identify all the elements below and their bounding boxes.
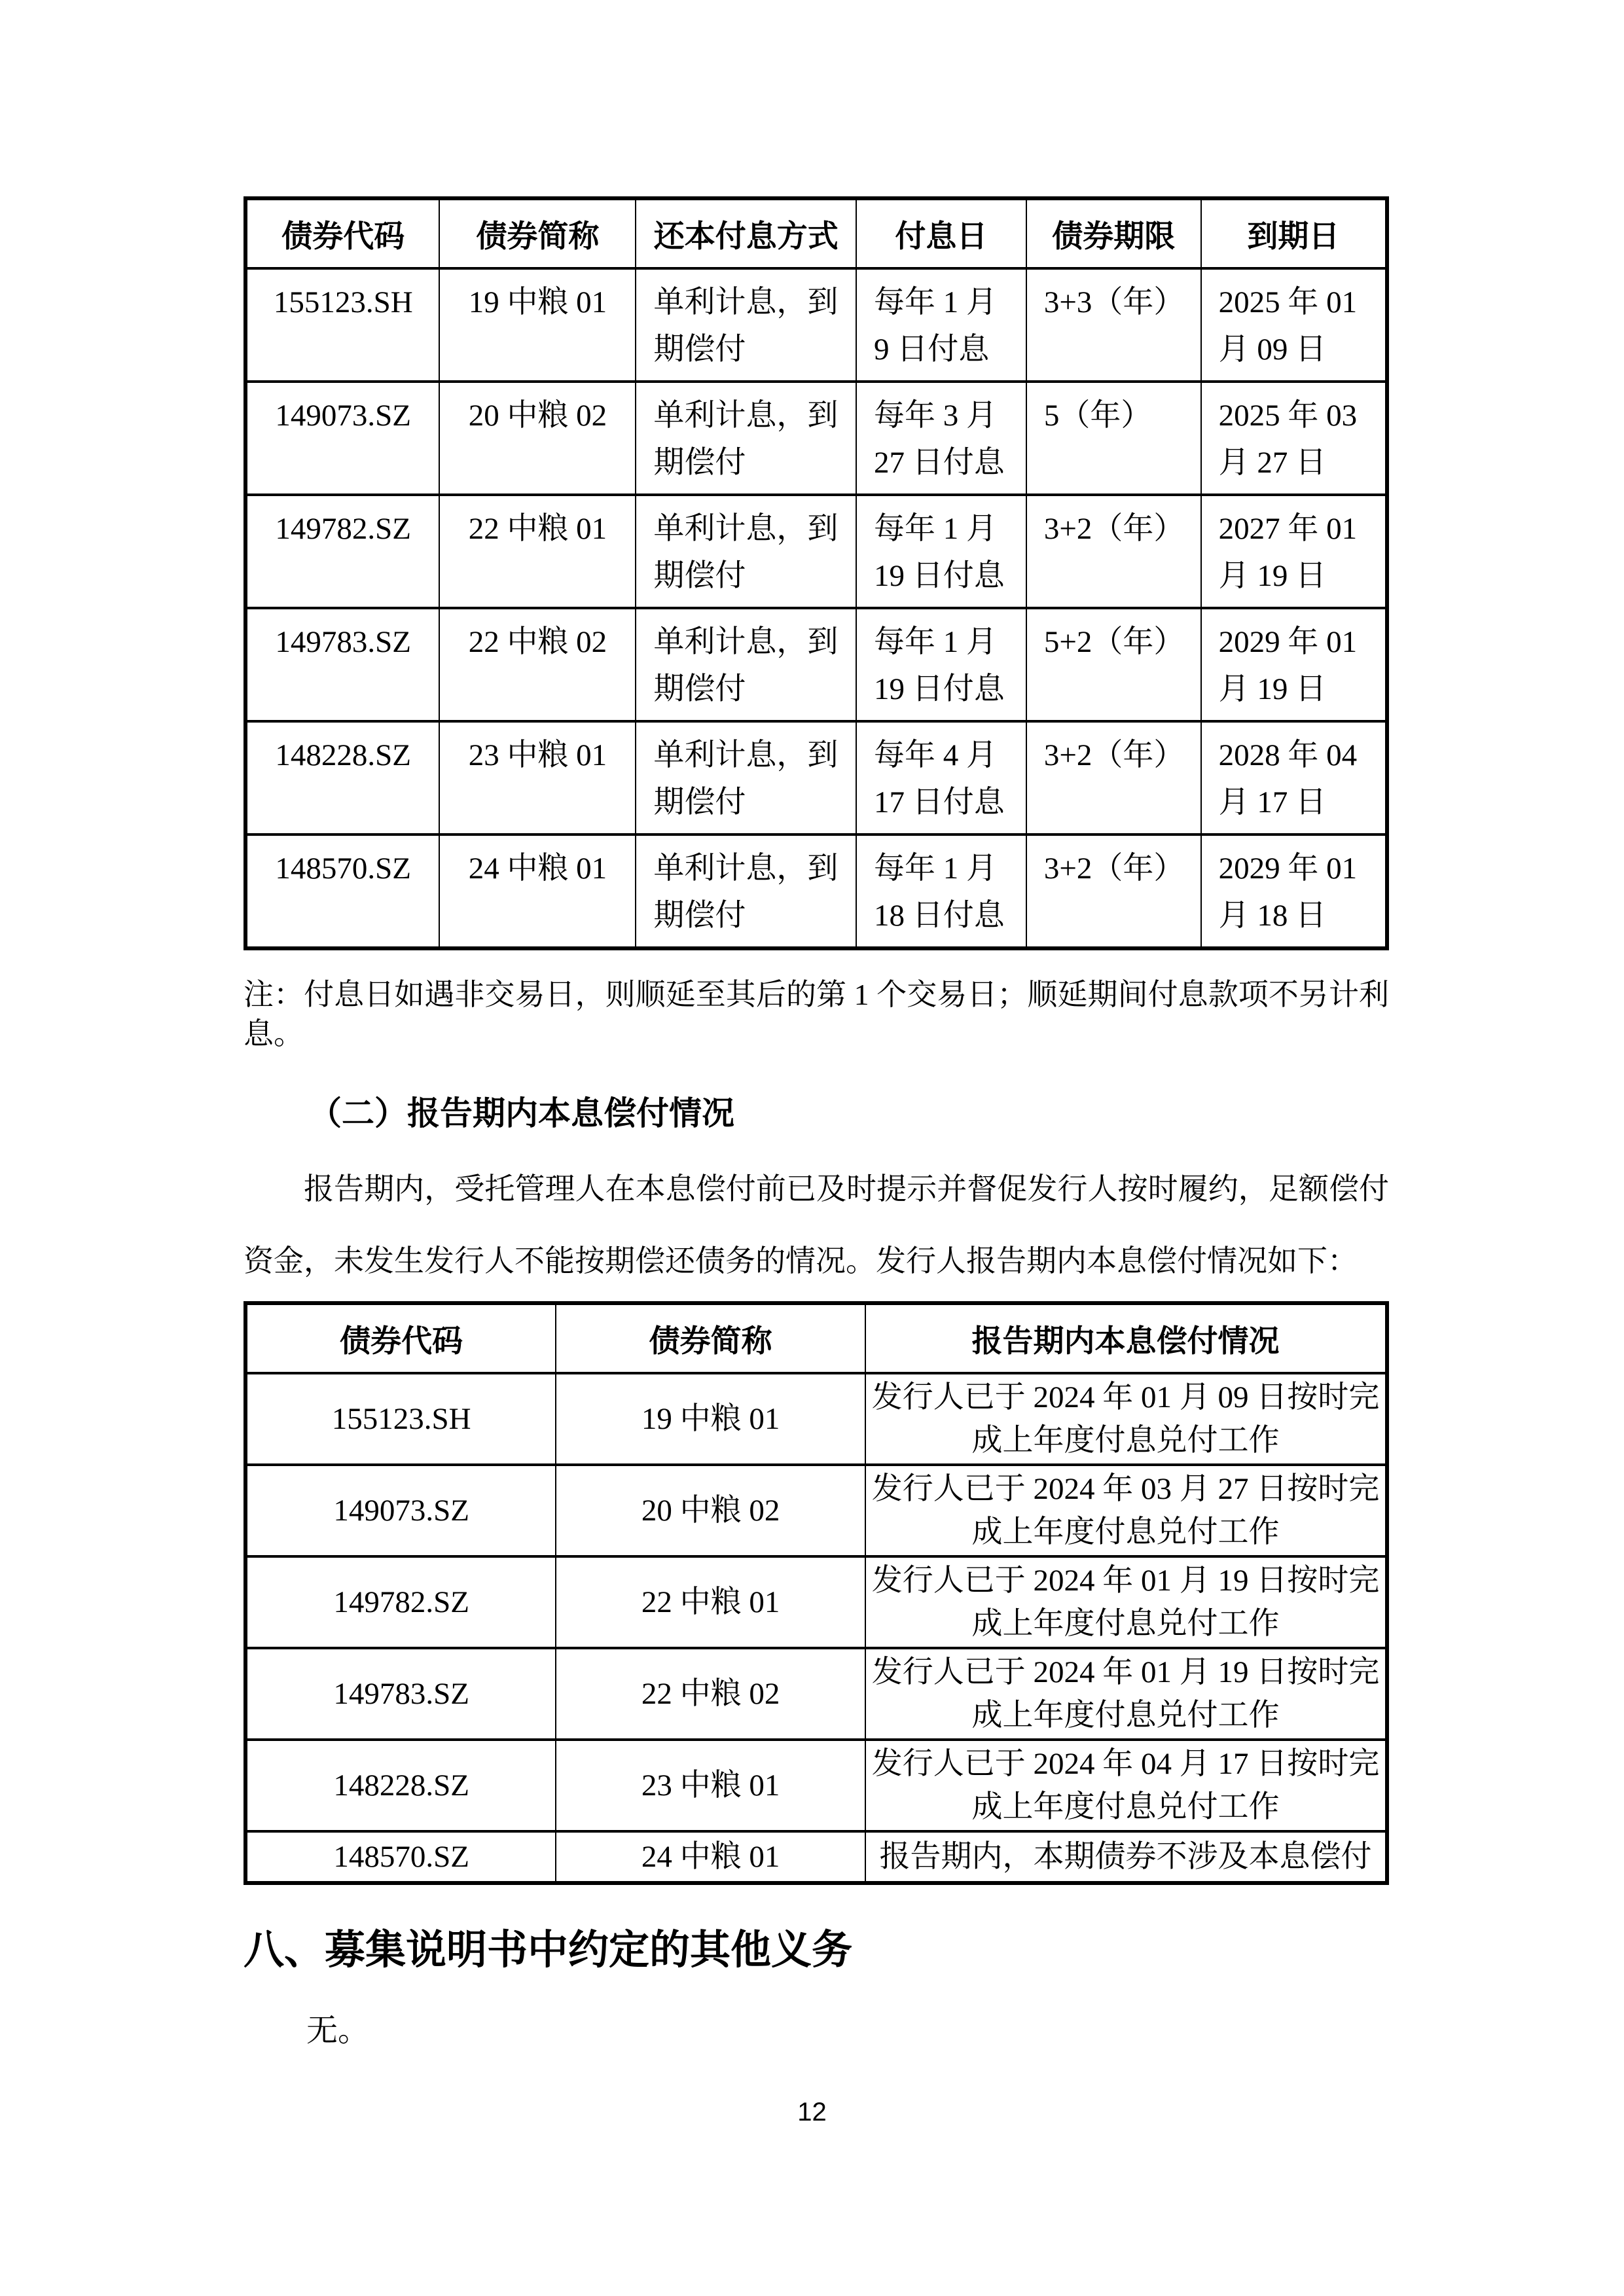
bond-code-cell: 148228.SZ [245, 721, 439, 834]
column-header-maturity: 到期日 [1201, 198, 1387, 268]
repayment-method-cell: 单利计息，到 期偿付 [636, 268, 856, 382]
payment-status-cell: 报告期内，本期债券不涉及本息偿付 [865, 1831, 1387, 1883]
section-heading-8: 八、募集说明书中约定的其他义务 [244, 1924, 1389, 1977]
bond-name-cell: 19 中粮 01 [439, 268, 636, 382]
maturity-cell: 2025 年 01 月 09 日 [1201, 268, 1387, 382]
section-8-body: 无。 [244, 2011, 1389, 2051]
document-page: 债券代码 债券简称 还本付息方式 付息日 债券期限 到期日 155123.SH … [0, 0, 1624, 2296]
table-row: 149073.SZ 20 中粮 02 发行人已于 2024 年 03 月 27 … [245, 1465, 1387, 1556]
bond-name-cell: 20 中粮 02 [556, 1465, 865, 1556]
term-cell: 3+2（年） [1026, 495, 1201, 608]
payment-status-cell: 发行人已于 2024 年 01 月 09 日按时完 成上年度付息兑付工作 [865, 1373, 1387, 1465]
payment-status-cell: 发行人已于 2024 年 01 月 19 日按时完 成上年度付息兑付工作 [865, 1556, 1387, 1648]
body-paragraph: 报告期内，受托管理人在本息偿付前已及时提示并督促发行人按时履约，足额偿付资金，未… [244, 1153, 1389, 1297]
table-row: 149783.SZ 22 中粮 02 单利计息，到 期偿付 每年 1 月 19 … [245, 608, 1387, 721]
page-number: 12 [0, 2098, 1624, 2127]
table-row: 149783.SZ 22 中粮 02 发行人已于 2024 年 01 月 19 … [245, 1648, 1387, 1740]
column-header-term: 债券期限 [1026, 198, 1201, 268]
bond-name-cell: 22 中粮 02 [556, 1648, 865, 1740]
bond-name-cell: 23 中粮 01 [556, 1740, 865, 1831]
term-cell: 5（年） [1026, 382, 1201, 495]
repayment-method-cell: 单利计息，到 期偿付 [636, 608, 856, 721]
payment-status-cell: 发行人已于 2024 年 01 月 19 日按时完 成上年度付息兑付工作 [865, 1648, 1387, 1740]
column-header-repayment-method: 还本付息方式 [636, 198, 856, 268]
bond-name-cell: 20 中粮 02 [439, 382, 636, 495]
column-header-interest-date: 付息日 [856, 198, 1026, 268]
table-row: 155123.SH 19 中粮 01 单利计息，到 期偿付 每年 1 月 9 日… [245, 268, 1387, 382]
table-row: 148228.SZ 23 中粮 01 发行人已于 2024 年 04 月 17 … [245, 1740, 1387, 1831]
interest-date-cell: 每年 1 月 9 日付息 [856, 268, 1026, 382]
table-row: 149782.SZ 22 中粮 01 单利计息，到 期偿付 每年 1 月 19 … [245, 495, 1387, 608]
column-header-bond-name: 债券简称 [556, 1303, 865, 1373]
bond-code-cell: 149073.SZ [245, 1465, 556, 1556]
bond-code-cell: 148570.SZ [245, 1831, 556, 1883]
maturity-cell: 2029 年 01 月 18 日 [1201, 834, 1387, 948]
bond-name-cell: 22 中粮 02 [439, 608, 636, 721]
term-cell: 5+2（年） [1026, 608, 1201, 721]
bond-name-cell: 22 中粮 01 [439, 495, 636, 608]
maturity-cell: 2027 年 01 月 19 日 [1201, 495, 1387, 608]
repayment-method-cell: 单利计息，到 期偿付 [636, 721, 856, 834]
table-header-row: 债券代码 债券简称 还本付息方式 付息日 债券期限 到期日 [245, 198, 1387, 268]
bond-code-cell: 149783.SZ [245, 1648, 556, 1740]
bond-code-cell: 149073.SZ [245, 382, 439, 495]
table-note: 注：付息日如遇非交易日，则顺延至其后的第 1 个交易日；顺延期间付息款项不另计利… [244, 975, 1389, 1054]
table-row: 148570.SZ 24 中粮 01 单利计息，到 期偿付 每年 1 月 18 … [245, 834, 1387, 948]
table-row: 155123.SH 19 中粮 01 发行人已于 2024 年 01 月 09 … [245, 1373, 1387, 1465]
bond-code-cell: 149782.SZ [245, 495, 439, 608]
page-content: 债券代码 债券简称 还本付息方式 付息日 债券期限 到期日 155123.SH … [244, 196, 1389, 2051]
interest-date-cell: 每年 4 月 17 日付息 [856, 721, 1026, 834]
bond-code-cell: 148570.SZ [245, 834, 439, 948]
repayment-method-cell: 单利计息，到 期偿付 [636, 834, 856, 948]
term-cell: 3+3（年） [1026, 268, 1201, 382]
payment-status-cell: 发行人已于 2024 年 04 月 17 日按时完 成上年度付息兑付工作 [865, 1740, 1387, 1831]
bond-code-cell: 149782.SZ [245, 1556, 556, 1648]
payment-status-cell: 发行人已于 2024 年 03 月 27 日按时完 成上年度付息兑付工作 [865, 1465, 1387, 1556]
interest-date-cell: 每年 3 月 27 日付息 [856, 382, 1026, 495]
repayment-method-cell: 单利计息，到 期偿付 [636, 382, 856, 495]
repayment-method-cell: 单利计息，到 期偿付 [636, 495, 856, 608]
column-header-bond-code: 债券代码 [245, 1303, 556, 1373]
bond-name-cell: 24 中粮 01 [556, 1831, 865, 1883]
interest-date-cell: 每年 1 月 19 日付息 [856, 495, 1026, 608]
bond-name-cell: 24 中粮 01 [439, 834, 636, 948]
interest-date-cell: 每年 1 月 18 日付息 [856, 834, 1026, 948]
maturity-cell: 2028 年 04 月 17 日 [1201, 721, 1387, 834]
table-row: 148570.SZ 24 中粮 01 报告期内，本期债券不涉及本息偿付 [245, 1831, 1387, 1883]
table-row: 149782.SZ 22 中粮 01 发行人已于 2024 年 01 月 19 … [245, 1556, 1387, 1648]
bond-overview-table: 债券代码 债券简称 还本付息方式 付息日 债券期限 到期日 155123.SH … [244, 196, 1389, 950]
table-row: 149073.SZ 20 中粮 02 单利计息，到 期偿付 每年 3 月 27 … [245, 382, 1387, 495]
table-row: 148228.SZ 23 中粮 01 单利计息，到 期偿付 每年 4 月 17 … [245, 721, 1387, 834]
bond-name-cell: 22 中粮 01 [556, 1556, 865, 1648]
column-header-payment-status: 报告期内本息偿付情况 [865, 1303, 1387, 1373]
bond-code-cell: 155123.SH [245, 1373, 556, 1465]
interest-date-cell: 每年 1 月 19 日付息 [856, 608, 1026, 721]
bond-name-cell: 23 中粮 01 [439, 721, 636, 834]
maturity-cell: 2025 年 03 月 27 日 [1201, 382, 1387, 495]
term-cell: 3+2（年） [1026, 721, 1201, 834]
section-heading-2: （二）报告期内本息偿付情况 [244, 1092, 1389, 1135]
term-cell: 3+2（年） [1026, 834, 1201, 948]
payment-status-table: 债券代码 债券简称 报告期内本息偿付情况 155123.SH 19 中粮 01 … [244, 1301, 1389, 1885]
bond-code-cell: 155123.SH [245, 268, 439, 382]
column-header-bond-code: 债券代码 [245, 198, 439, 268]
table-header-row: 债券代码 债券简称 报告期内本息偿付情况 [245, 1303, 1387, 1373]
bond-code-cell: 149783.SZ [245, 608, 439, 721]
maturity-cell: 2029 年 01 月 19 日 [1201, 608, 1387, 721]
column-header-bond-name: 债券简称 [439, 198, 636, 268]
bond-code-cell: 148228.SZ [245, 1740, 556, 1831]
bond-name-cell: 19 中粮 01 [556, 1373, 865, 1465]
